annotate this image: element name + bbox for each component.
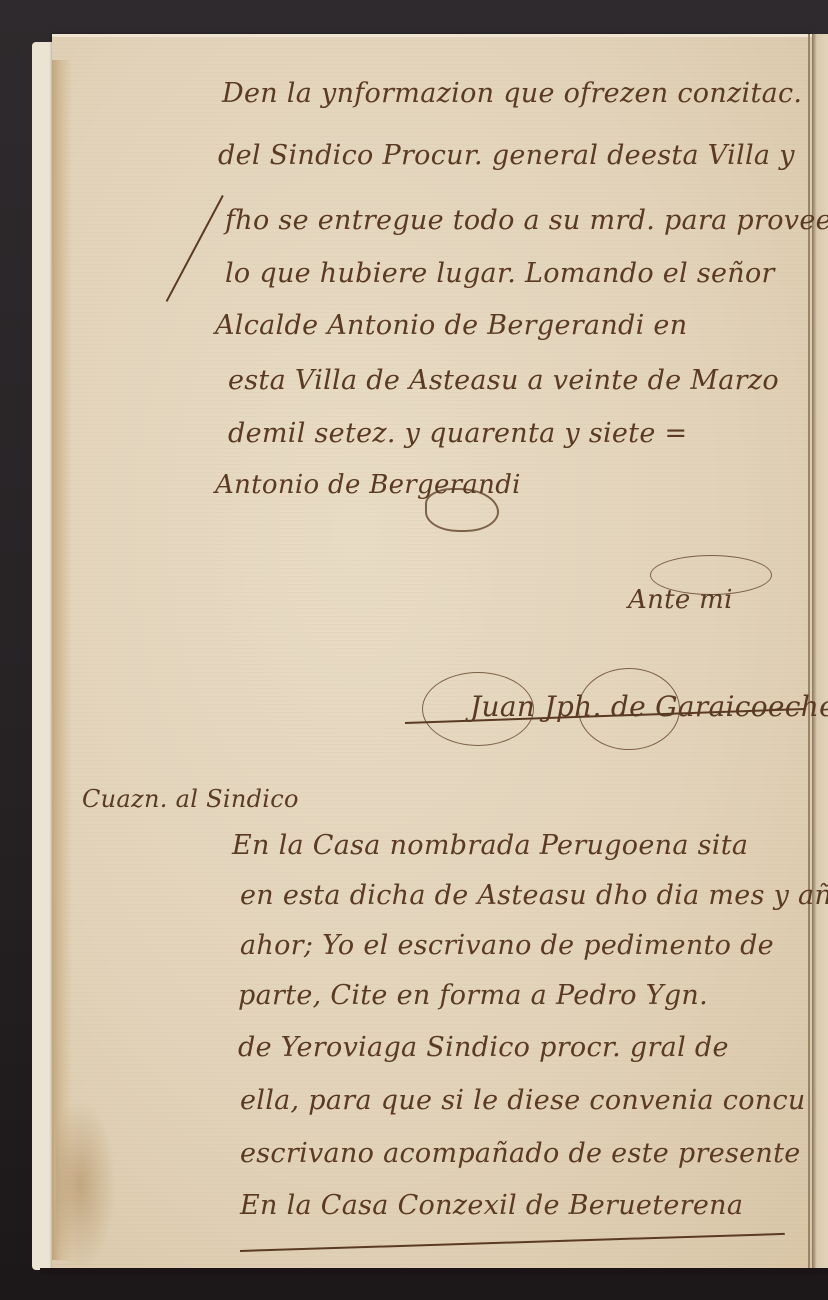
text-line: en esta dicha de Asteasu dho dia mes y a…: [240, 880, 828, 911]
text-line: En la Casa Conzexil de Berueterena: [240, 1190, 743, 1221]
text-line: ahor; Yo el escrivano de pedimento de: [240, 930, 774, 961]
text-line: En la Casa nombrada Perugoena sita: [232, 830, 748, 861]
signature-rubric: [425, 488, 499, 532]
text-line: parte, Cite en forma a Pedro Ygn.: [238, 980, 708, 1011]
text-line: fho se entregue todo a su mrd. para prov…: [225, 205, 828, 236]
text-line: Alcalde Antonio de Bergerandi en: [215, 310, 687, 341]
text-line: del Sindico Procur. general deesta Villa…: [218, 140, 795, 171]
signature-rubric: [578, 668, 680, 750]
text-line: escrivano acompañado de este presente: [240, 1138, 801, 1169]
page-stain: [56, 1100, 116, 1270]
margin-note: Cuazn. al Sindico: [82, 785, 299, 813]
page-bottom-shadow: [40, 1268, 828, 1274]
page-worn-edge: [52, 60, 72, 1260]
text-line: demil setez. y quarenta y siete =: [228, 418, 687, 449]
text-line: lo que hubiere lugar. Lomando el señor: [225, 258, 775, 289]
signature-flourish: [650, 555, 772, 595]
text-line: de Yeroviaga Sindico procr. gral de: [238, 1032, 729, 1063]
text-line: ella, para que si le diese convenia conc…: [240, 1085, 806, 1116]
signature-rubric: [422, 672, 534, 746]
text-line: Den la ynformazion que ofrezen conzitac.: [222, 78, 802, 109]
text-line: esta Villa de Asteasu a veinte de Marzo: [228, 365, 779, 396]
